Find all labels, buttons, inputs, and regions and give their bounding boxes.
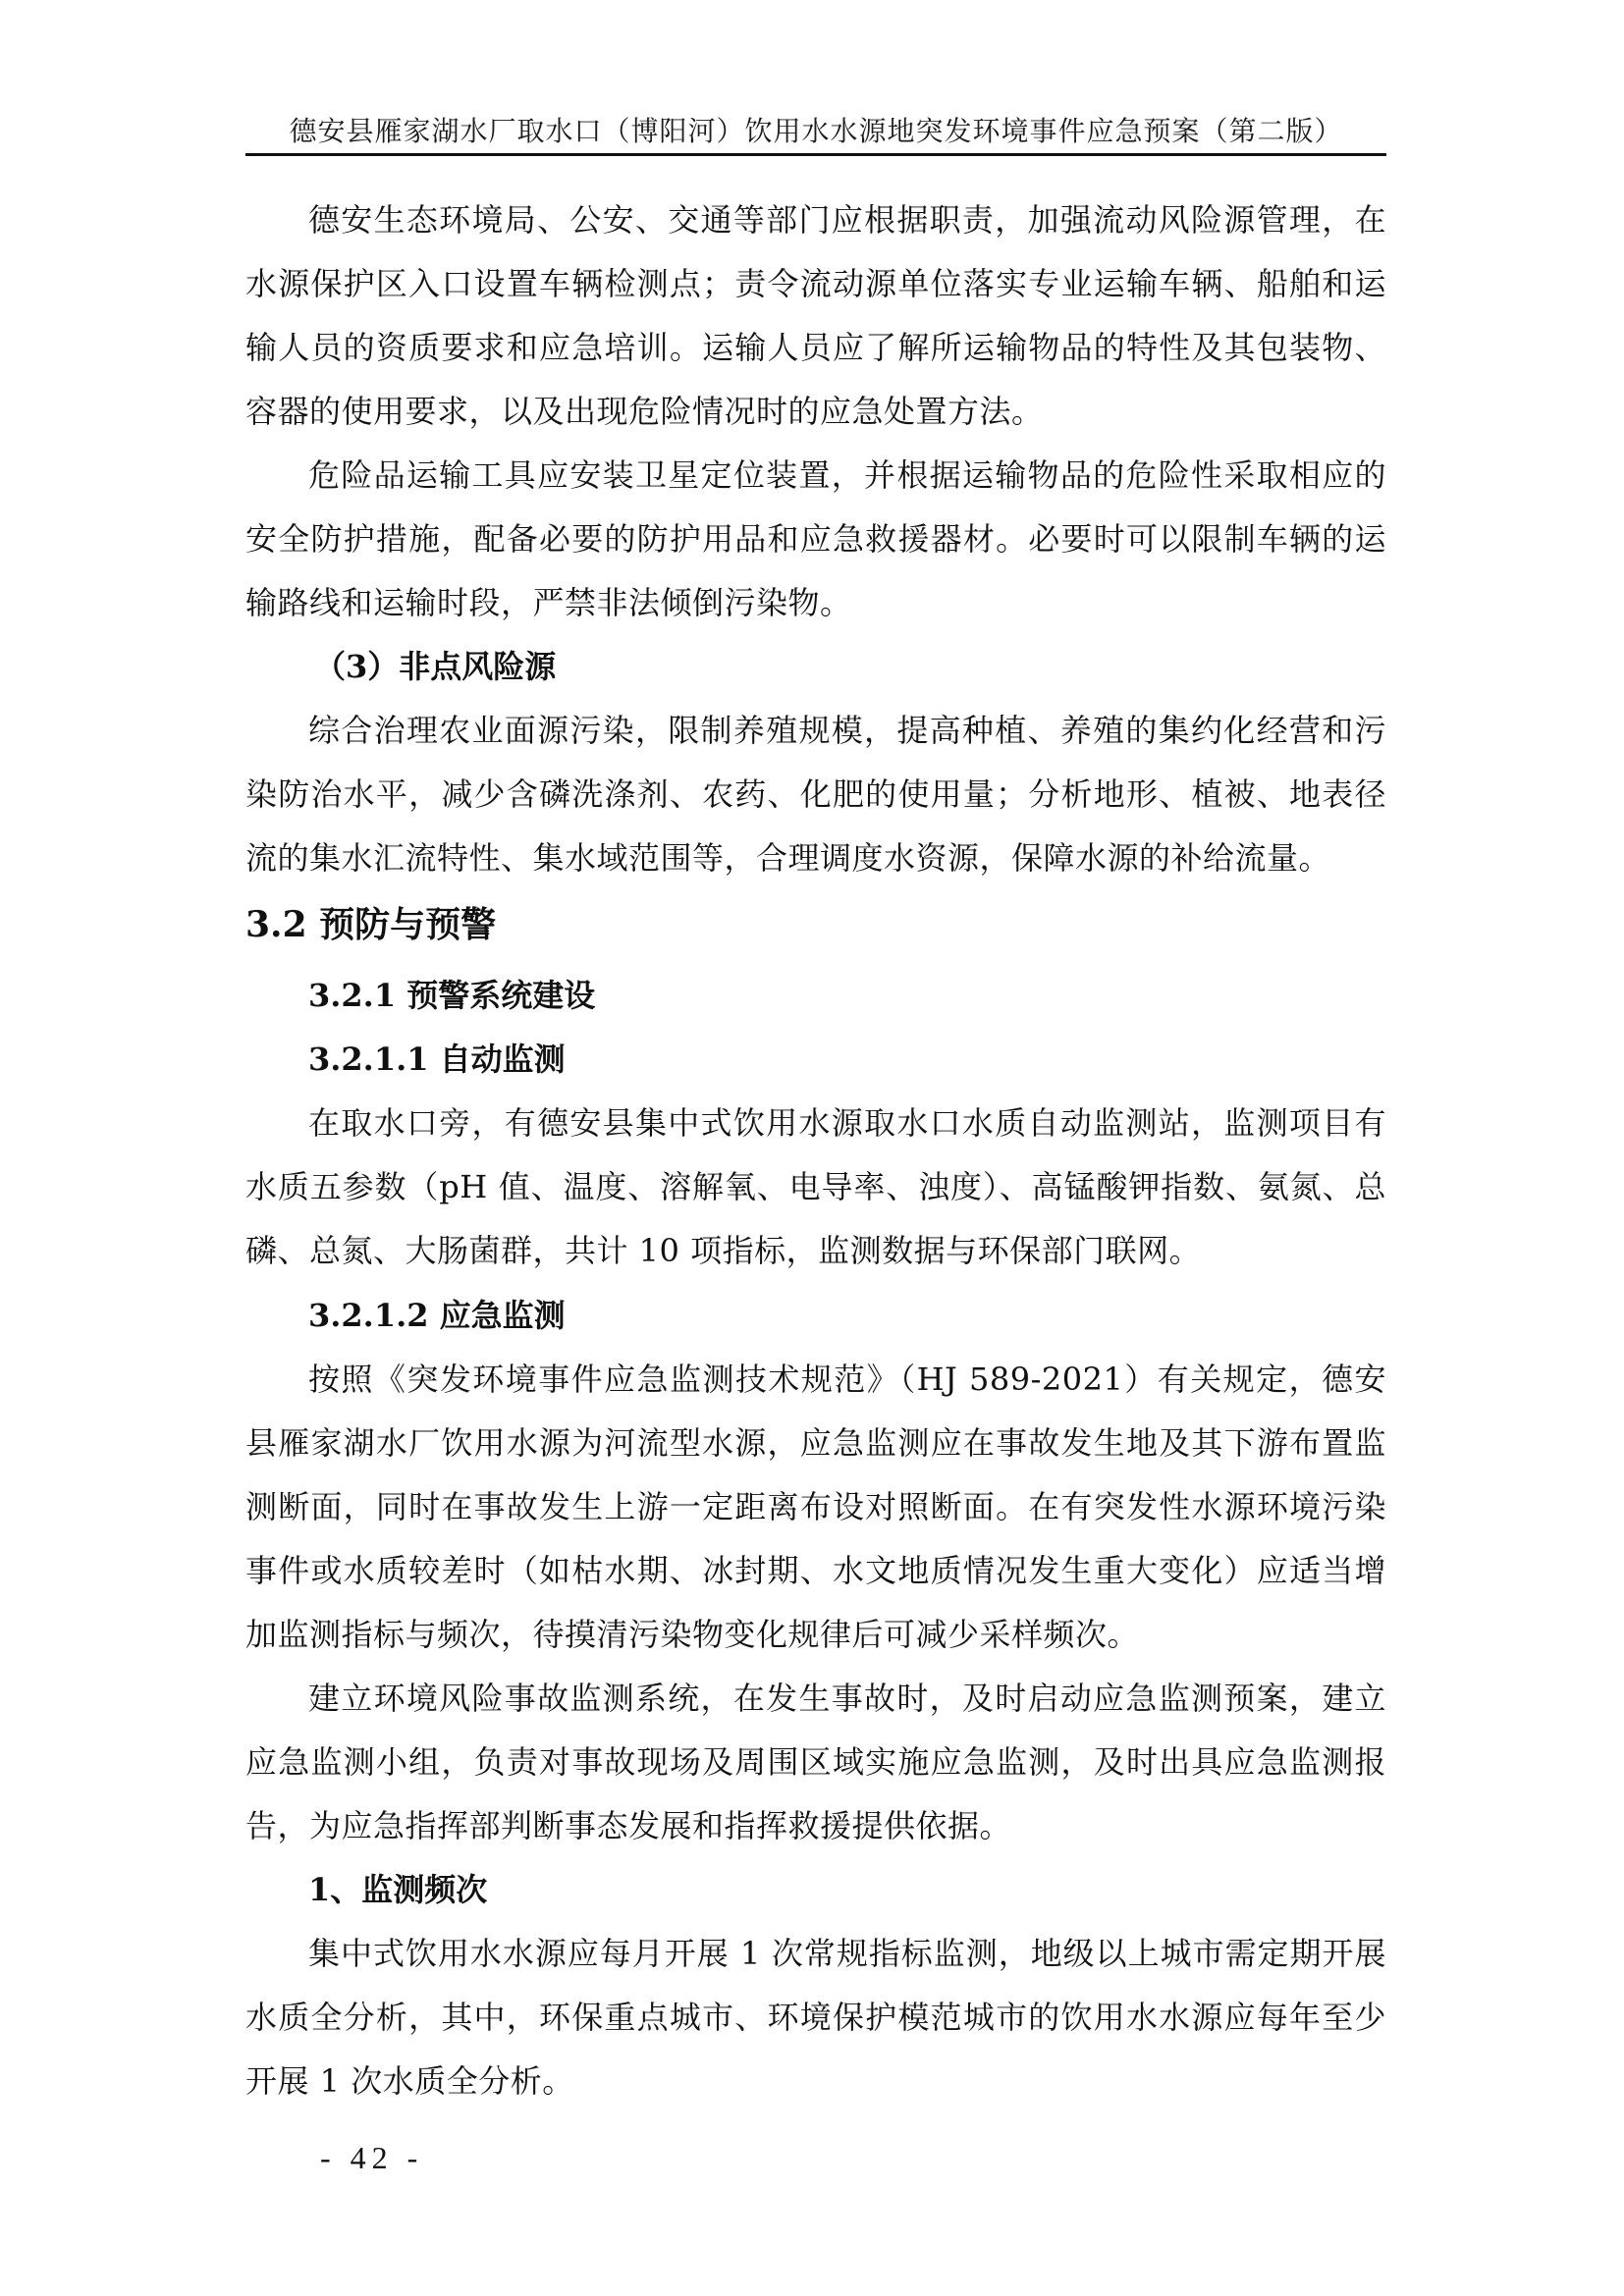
paragraph-auto-monitoring: 在取水口旁，有德安县集中式饮用水源取水口水质自动监测站，监测项目有水质五参数（p… (245, 1092, 1386, 1283)
heading-3-2-1-1: 3.2.1.1 自动监测 (245, 1028, 1386, 1092)
body-paragraph: 综合治理农业面源污染，限制养殖规模，提高种植、养殖的集约化经营和污染防治水平，减… (245, 699, 1386, 890)
heading-3-2-1-2: 3.2.1.2 应急监测 (245, 1284, 1386, 1348)
subsubsection-heading: 3.2.1.1 自动监测 (245, 1028, 1386, 1092)
subheading: （3）非点风险源 (245, 635, 1386, 699)
paragraph-mobile-risk-management: 德安生态环境局、公安、交通等部门应根据职责，加强流动风险源管理，在水源保护区入口… (245, 188, 1386, 444)
subsection-heading: 3.2.1 预警系统建设 (245, 964, 1386, 1028)
body-paragraph: 建立环境风险事故监测系统，在发生事故时，及时启动应急监测预案，建立应急监测小组，… (245, 1667, 1386, 1858)
subsubsection-heading: 3.2.1.2 应急监测 (245, 1284, 1386, 1348)
body-paragraph: 危险品运输工具应安装卫星定位装置，并根据运输物品的危险性采取相应的安全防护措施，… (245, 444, 1386, 635)
body-paragraph: 集中式饮用水水源应每月开展 1 次常规指标监测，地级以上城市需定期开展水质全分析… (245, 1922, 1386, 2113)
body-paragraph: 按照《突发环境事件应急监测技术规范》（HJ 589-2021）有关规定，德安县雁… (245, 1348, 1386, 1667)
header-divider (245, 153, 1386, 156)
body-paragraph: 在取水口旁，有德安县集中式饮用水源取水口水质自动监测站，监测项目有水质五参数（p… (245, 1092, 1386, 1283)
paragraph-frequency: 集中式饮用水水源应每月开展 1 次常规指标监测，地级以上城市需定期开展水质全分析… (245, 1922, 1386, 2113)
section-heading: 3.2 预防与预警 (245, 893, 1386, 957)
paragraph-hazmat-transport: 危险品运输工具应安装卫星定位装置，并根据运输物品的危险性采取相应的安全防护措施，… (245, 444, 1386, 635)
item-heading: 1、监测频次 (245, 1858, 1386, 1922)
heading-monitoring-frequency: 1、监测频次 (245, 1858, 1386, 1922)
section-heading-3-2: 3.2 预防与预警 (245, 893, 1386, 957)
paragraph-nonpoint-pollution: 综合治理农业面源污染，限制养殖规模，提高种植、养殖的集约化经营和污染防治水平，减… (245, 699, 1386, 890)
heading-3-2-1: 3.2.1 预警系统建设 (245, 964, 1386, 1028)
running-header: 德安县雁家湖水厂取水口（博阳河）饮用水水源地突发环境事件应急预案（第二版） (245, 110, 1386, 149)
paragraph-emergency-monitoring: 按照《突发环境事件应急监测技术规范》（HJ 589-2021）有关规定，德安县雁… (245, 1348, 1386, 1667)
page-number: - 42 - (320, 2140, 423, 2176)
body-paragraph: 德安生态环境局、公安、交通等部门应根据职责，加强流动风险源管理，在水源保护区入口… (245, 188, 1386, 444)
heading-nonpoint-risk: （3）非点风险源 (245, 635, 1386, 699)
paragraph-monitoring-system: 建立环境风险事故监测系统，在发生事故时，及时启动应急监测预案，建立应急监测小组，… (245, 1667, 1386, 1858)
